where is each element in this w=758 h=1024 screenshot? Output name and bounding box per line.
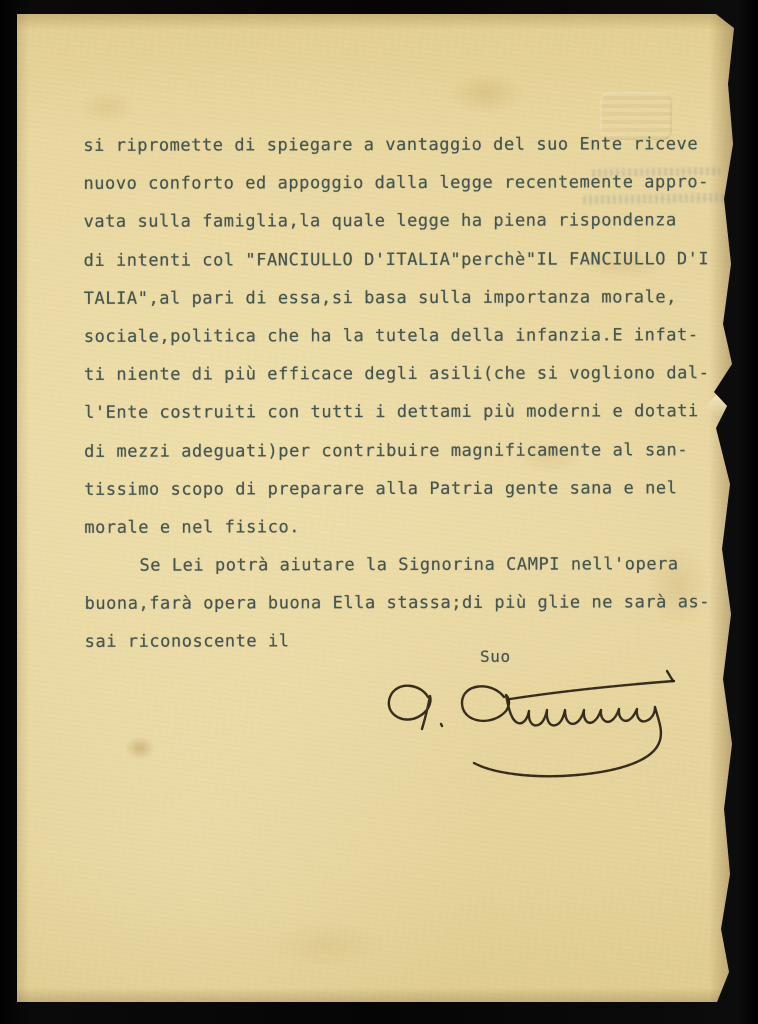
letter-line: ti niente di più efficace degli asili(ch…	[84, 354, 732, 394]
paper-stain	[447, 72, 525, 114]
letter-line: sociale,politica che ha la tutela della …	[84, 316, 732, 356]
letter-line: vata sulla famiglia,la quale legge ha pi…	[84, 202, 732, 242]
letter-line: tissimo scopo di preparare alla Patria g…	[84, 469, 732, 509]
letter-line: TALIA",al pari di essa,si basa sulla imp…	[84, 278, 732, 318]
letter-line-paragraph-indent: Se Lei potrà aiutare la Signorina CAMPI …	[84, 545, 732, 585]
letter-line: buona,farà opera buona Ella stassa;di pi…	[85, 583, 733, 623]
paper-stain	[267, 922, 387, 968]
scan-background: si ripromette di spiegare a vantaggio de…	[0, 0, 758, 1024]
letter-line: si ripromette di spiegare a vantaggio de…	[83, 125, 731, 165]
letter-body: si ripromette di spiegare a vantaggio de…	[83, 125, 732, 661]
paper-stain	[125, 736, 155, 760]
letter-line: nuovo conforto ed appoggio dalla legge r…	[83, 163, 731, 203]
letter-line: di mezzi adeguati)per contribuire magnif…	[84, 431, 732, 471]
letter-line: l'Ente costruiti con tutti i dettami più…	[84, 392, 732, 432]
handwritten-signature-icon	[362, 659, 702, 809]
letter-line: di intenti col "FANCIULLO D'ITALIA"perch…	[84, 240, 732, 280]
letter-page: si ripromette di spiegare a vantaggio de…	[17, 14, 735, 1002]
letter-line: sai riconoscente il	[85, 622, 733, 662]
closing-word: Suo	[480, 647, 511, 666]
letter-line: morale e nel fisico.	[84, 507, 732, 547]
paper-stain	[79, 90, 135, 124]
